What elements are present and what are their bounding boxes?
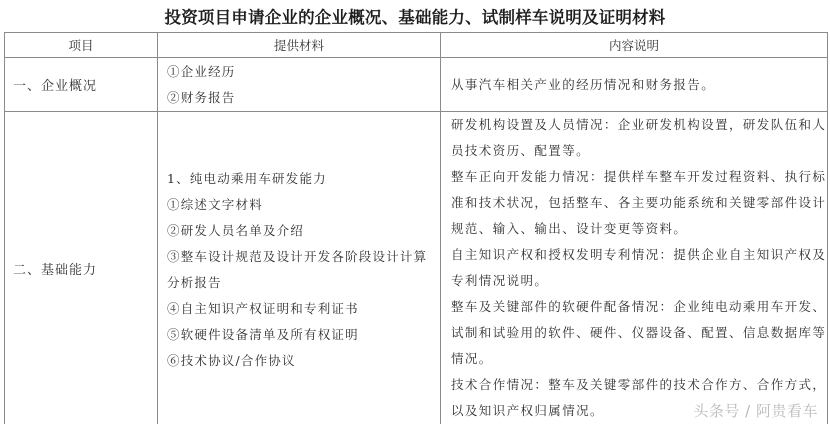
header-materials: 提供材料 xyxy=(158,33,441,58)
description-line: 技术合作情况：整车及关键零部件的技术合作方、合作方式， xyxy=(451,372,821,398)
material-item: 1、纯电动乘用车研发能力 xyxy=(167,166,440,192)
description-line: 从事汽车相关产业的经历情况和财务报告。 xyxy=(451,72,821,98)
item-cell: 一、企业概况 xyxy=(5,58,158,112)
material-item: ①综述文字材料 xyxy=(167,192,440,218)
material-item: ②研发人员名单及介绍 xyxy=(167,218,440,244)
material-item: ⑤软硬件设备清单及所有权证明 xyxy=(167,322,440,348)
description-line: 整车及关键部件的软硬件配备情况：企业纯电动乘用车开发、 xyxy=(451,294,821,320)
description-text: 从事汽车相关产业的经历情况和财务报告。 xyxy=(441,72,827,98)
description-line: 研发机构设置及人员情况：企业研发机构设置，研发队伍和人 xyxy=(451,112,821,138)
description-cell: 研发机构设置及人员情况：企业研发机构设置，研发队伍和人 员技术资历、配置等。 整… xyxy=(441,112,828,424)
description-cell: 从事汽车相关产业的经历情况和财务报告。 xyxy=(441,58,828,112)
header-description: 内容说明 xyxy=(441,33,828,58)
description-line: 试制和试验用的软件、硬件、仪器设备、配置、信息数据库等 xyxy=(451,320,821,346)
material-item: ④自主知识产权证明和专利证书 xyxy=(167,296,440,322)
document-title: 投资项目申请企业的企业概况、基础能力、试制样车说明及证明材料 xyxy=(0,4,830,28)
materials-cell: ①企业经历 ②财务报告 xyxy=(158,58,441,112)
table-row: 一、企业概况 ①企业经历 ②财务报告 从事汽车相关产业的经历情况和财务报告。 xyxy=(5,58,828,112)
description-text: 研发机构设置及人员情况：企业研发机构设置，研发队伍和人 员技术资历、配置等。 整… xyxy=(441,112,827,424)
description-line: 情况。 xyxy=(451,346,821,372)
item-label: 一、企业概况 xyxy=(5,75,157,94)
description-line: 准和技术状况，包括整车、各主要功能系统和关键零部件设计 xyxy=(451,190,821,216)
table-header-row: 项目 提供材料 内容说明 xyxy=(5,33,828,58)
item-cell: 二、基础能力 xyxy=(5,112,158,424)
material-item: 分析报告 xyxy=(167,270,440,296)
material-item: ⑥技术协议/合作协议 xyxy=(167,348,440,374)
table-row: 二、基础能力 1、纯电动乘用车研发能力 ①综述文字材料 ②研发人员名单及介绍 ③… xyxy=(5,112,828,424)
materials-table: 项目 提供材料 内容说明 一、企业概况 ①企业经历 ②财务报告 从事汽车相关产业… xyxy=(4,32,828,424)
material-item: ①企业经历 xyxy=(167,59,440,85)
materials-list: ①企业经历 ②财务报告 xyxy=(158,59,440,111)
materials-cell: 1、纯电动乘用车研发能力 ①综述文字材料 ②研发人员名单及介绍 ③整车设计规范及… xyxy=(158,112,441,424)
description-line: 自主知识产权和授权发明专利情况：提供企业自主知识产权及 xyxy=(451,242,821,268)
header-item: 项目 xyxy=(5,33,158,58)
materials-list: 1、纯电动乘用车研发能力 ①综述文字材料 ②研发人员名单及介绍 ③整车设计规范及… xyxy=(158,162,440,374)
material-item: ③整车设计规范及设计开发各阶段设计计算 xyxy=(167,244,440,270)
description-line: 员技术资历、配置等。 xyxy=(451,138,821,164)
description-line: 规范、输入、输出、设计变更等资料。 xyxy=(451,216,821,242)
item-label: 二、基础能力 xyxy=(5,259,157,278)
description-line: 专利情况说明。 xyxy=(451,268,821,294)
material-item: ②财务报告 xyxy=(167,85,440,111)
watermark: 头条号 / 阿贵看车 xyxy=(693,400,818,421)
description-line: 整车正向开发能力情况：提供样车整车开发过程资料、执行标 xyxy=(451,164,821,190)
